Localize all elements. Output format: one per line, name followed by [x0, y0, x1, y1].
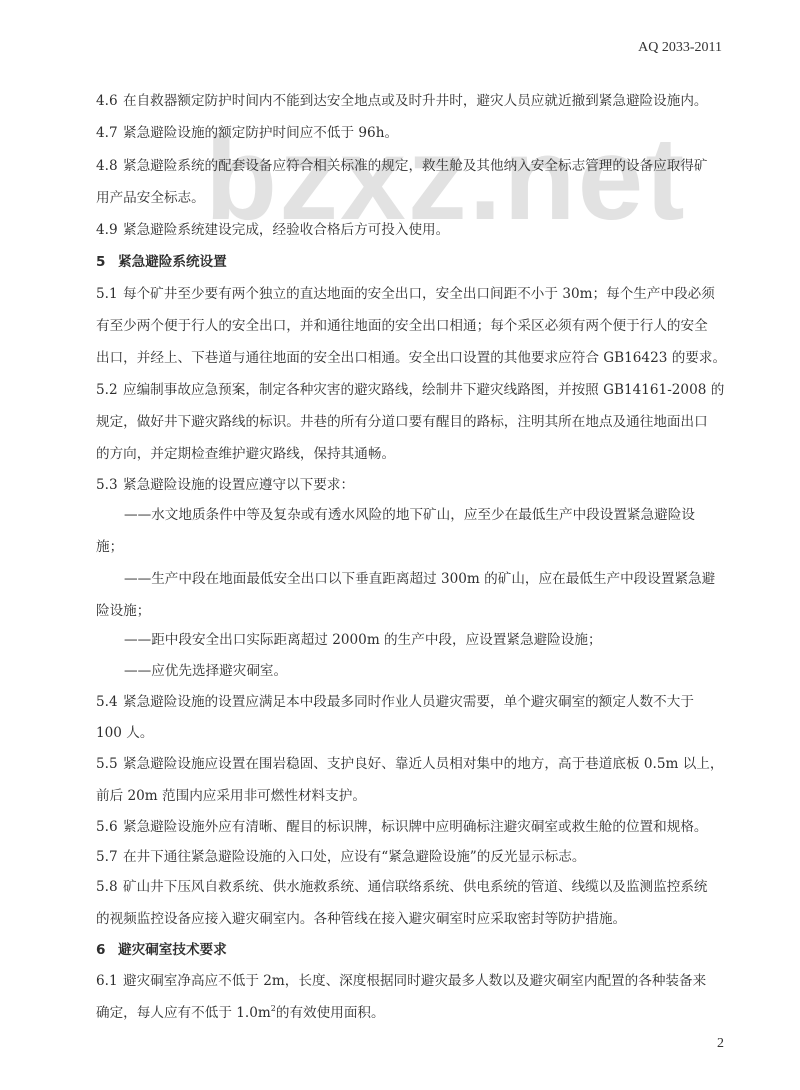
- clause-5-4: 5.4紧急避险设施的设置应满足本中段最多同时作业人员避灾需要，单个避灾硐室的额定…: [96, 693, 694, 711]
- clause-text: 的视频监控设备应接入避灾硐室内。各种管线在接入避灾硐室时应采取密封等防护措施。: [96, 911, 626, 927]
- clause-6-1-cont: 确定，每人应有不低于 1.0m2的有效使用面积。: [96, 1004, 385, 1022]
- clause-text: 紧急避险设施应设置在围岩稳固、支护良好、靠近人员相对集中的地方，高于巷道底板 0…: [123, 756, 724, 772]
- clause-4-7: 4.7紧急避险设施的额定防护时间应不低于 96h。: [96, 124, 398, 142]
- section-number: 5: [96, 253, 118, 271]
- clause-text: 紧急避险设施的设置应遵守以下要求：: [123, 477, 354, 493]
- clause-number: 5.4: [96, 693, 123, 711]
- clause-number: 4.6: [96, 92, 123, 110]
- document-code: AQ 2033-2011: [638, 40, 722, 56]
- list-item-cont: 险设施；: [96, 602, 150, 620]
- clause-number: 4.8: [96, 157, 123, 175]
- clause-5-8-cont: 的视频监控设备应接入避灾硐室内。各种管线在接入避灾硐室时应采取密封等防护措施。: [96, 910, 626, 928]
- clause-4-8: 4.8紧急避险系统的配套设备应符合相关标准的规定，救生舱及其他纳入安全标志管理的…: [96, 157, 708, 175]
- section-number: 6: [96, 941, 118, 959]
- clause-5-5-cont: 前后 20m 范围内应采用非可燃性材料支护。: [96, 787, 366, 805]
- page-number: 2: [717, 1036, 724, 1052]
- clause-number: 5.2: [96, 381, 123, 399]
- clause-text: 100 人。: [96, 725, 153, 741]
- clause-5-1: 5.1每个矿井至少要有两个独立的直达地面的安全出口，安全出口间距不小于 30m；…: [96, 285, 715, 303]
- clause-4-8-cont: 用产品安全标志。: [96, 189, 205, 207]
- clause-number: 5.6: [96, 818, 123, 836]
- clause-text: 确定，每人应有不低于 1.0m: [96, 1005, 271, 1021]
- clause-text: 矿山井下压风自救系统、供水施救系统、通信联络系统、供电系统的管道、线缆以及监测监…: [123, 879, 708, 895]
- list-item-text: ——距中段安全出口实际距离超过 2000m 的生产中段，应设置紧急避险设施；: [124, 632, 602, 648]
- clause-text: 在自救器额定防护时间内不能到达安全地点或及时升井时，避灾人员应就近撤到紧急避险设…: [123, 93, 708, 109]
- clause-text: 前后 20m 范围内应采用非可燃性材料支护。: [96, 788, 366, 804]
- section-title: 避灾硐室技术要求: [118, 942, 227, 958]
- clause-5-2-cont: 的方向，并定期检查维护避灾路线，保持其通畅。: [96, 445, 395, 463]
- clause-5-1-cont: 有至少两个便于行人的安全出口，并和通往地面的安全出口相通；每个采区必须有两个便于…: [96, 317, 708, 335]
- clause-text: 的有效使用面积。: [276, 1005, 385, 1021]
- section-title: 紧急避险系统设置: [118, 254, 227, 270]
- clause-text: 规定，做好井下避灾路线的标识。井巷的所有分道口要有醒目的路标，注明其所在地点及通…: [96, 414, 708, 430]
- clause-number: 5.1: [96, 285, 123, 303]
- clause-5-3: 5.3紧急避险设施的设置应遵守以下要求：: [96, 476, 354, 494]
- clause-number: 5.5: [96, 755, 123, 773]
- clause-text: 紧急避险系统的配套设备应符合相关标准的规定，救生舱及其他纳入安全标志管理的设备应…: [123, 158, 708, 174]
- list-item-text: 施；: [96, 539, 123, 555]
- list-item: ——应优先选择避灾硐室。: [124, 662, 287, 680]
- list-item-cont: 施；: [96, 538, 123, 556]
- clause-5-2: 5.2应编制事故应急预案，制定各种灾害的避灾路线，绘制井下避灾线路图，并按照 G…: [96, 381, 724, 399]
- clause-text: 每个矿井至少要有两个独立的直达地面的安全出口，安全出口间距不小于 30m；每个生…: [123, 286, 715, 302]
- section-heading-6: 6避灾硐室技术要求: [96, 941, 227, 959]
- clause-text: 紧急避险设施外应有清晰、醒目的标识牌，标识牌中应明确标注避灾硐室或救生舱的位置和…: [123, 819, 708, 835]
- clause-number: 5.8: [96, 878, 123, 896]
- clause-text: 用产品安全标志。: [96, 190, 205, 206]
- clause-text: 在井下通往紧急避险设施的入口处，应设有“紧急避险设施”的反光显示标志。: [123, 849, 586, 865]
- clause-5-2-cont: 规定，做好井下避灾路线的标识。井巷的所有分道口要有醒目的路标，注明其所在地点及通…: [96, 413, 708, 431]
- section-heading-5: 5紧急避险系统设置: [96, 253, 227, 271]
- clause-text: 出口，并经上、下巷道与通往地面的安全出口相通。安全出口设置的其他要求应符合 GB…: [96, 350, 726, 366]
- list-item: ——距中段安全出口实际距离超过 2000m 的生产中段，应设置紧急避险设施；: [124, 631, 602, 649]
- clause-5-8: 5.8矿山井下压风自救系统、供水施救系统、通信联络系统、供电系统的管道、线缆以及…: [96, 878, 708, 896]
- clause-5-5: 5.5紧急避险设施应设置在围岩稳固、支护良好、靠近人员相对集中的地方，高于巷道底…: [96, 755, 724, 773]
- clause-5-1-cont: 出口，并经上、下巷道与通往地面的安全出口相通。安全出口设置的其他要求应符合 GB…: [96, 349, 726, 367]
- clause-5-4-cont: 100 人。: [96, 724, 153, 742]
- clause-4-6: 4.6在自救器额定防护时间内不能到达安全地点或及时升井时，避灾人员应就近撤到紧急…: [96, 92, 708, 110]
- clause-text: 紧急避险设施的设置应满足本中段最多同时作业人员避灾需要，单个避灾硐室的额定人数不…: [123, 694, 694, 710]
- list-item-text: 险设施；: [96, 603, 150, 619]
- clause-number: 6.1: [96, 972, 123, 990]
- clause-6-1: 6.1避灾硐室净高应不低于 2m，长度、深度根据同时避灾最多人数以及避灾硐室内配…: [96, 972, 706, 990]
- list-item-text: ——水文地质条件中等及复杂或有透水风险的地下矿山，应至少在最低生产中段设置紧急避…: [124, 507, 695, 523]
- clause-number: 5.7: [96, 848, 123, 866]
- clause-text: 应编制事故应急预案，制定各种灾害的避灾路线，绘制井下避灾线路图，并按照 GB14…: [123, 382, 724, 398]
- clause-5-7: 5.7在井下通往紧急避险设施的入口处，应设有“紧急避险设施”的反光显示标志。: [96, 848, 586, 866]
- clause-text: 紧急避险系统建设完成，经验收合格后方可投入使用。: [123, 222, 449, 238]
- clause-text: 有至少两个便于行人的安全出口，并和通往地面的安全出口相通；每个采区必须有两个便于…: [96, 318, 708, 334]
- clause-number: 5.3: [96, 476, 123, 494]
- clause-number: 4.7: [96, 124, 123, 142]
- list-item-text: ——应优先选择避灾硐室。: [124, 663, 287, 679]
- clause-text: 的方向，并定期检查维护避灾路线，保持其通畅。: [96, 446, 395, 462]
- list-item: ——水文地质条件中等及复杂或有透水风险的地下矿山，应至少在最低生产中段设置紧急避…: [124, 506, 695, 524]
- list-item: ——生产中段在地面最低安全出口以下垂直距离超过 300m 的矿山，应在最低生产中…: [124, 570, 715, 588]
- clause-text: 避灾硐室净高应不低于 2m，长度、深度根据同时避灾最多人数以及避灾硐室内配置的各…: [123, 973, 706, 989]
- clause-text: 紧急避险设施的额定防护时间应不低于 96h。: [123, 125, 398, 141]
- clause-number: 4.9: [96, 221, 123, 239]
- clause-5-6: 5.6紧急避险设施外应有清晰、醒目的标识牌，标识牌中应明确标注避灾硐室或救生舱的…: [96, 818, 708, 836]
- list-item-text: ——生产中段在地面最低安全出口以下垂直距离超过 300m 的矿山，应在最低生产中…: [124, 571, 715, 587]
- clause-4-9: 4.9紧急避险系统建设完成，经验收合格后方可投入使用。: [96, 221, 449, 239]
